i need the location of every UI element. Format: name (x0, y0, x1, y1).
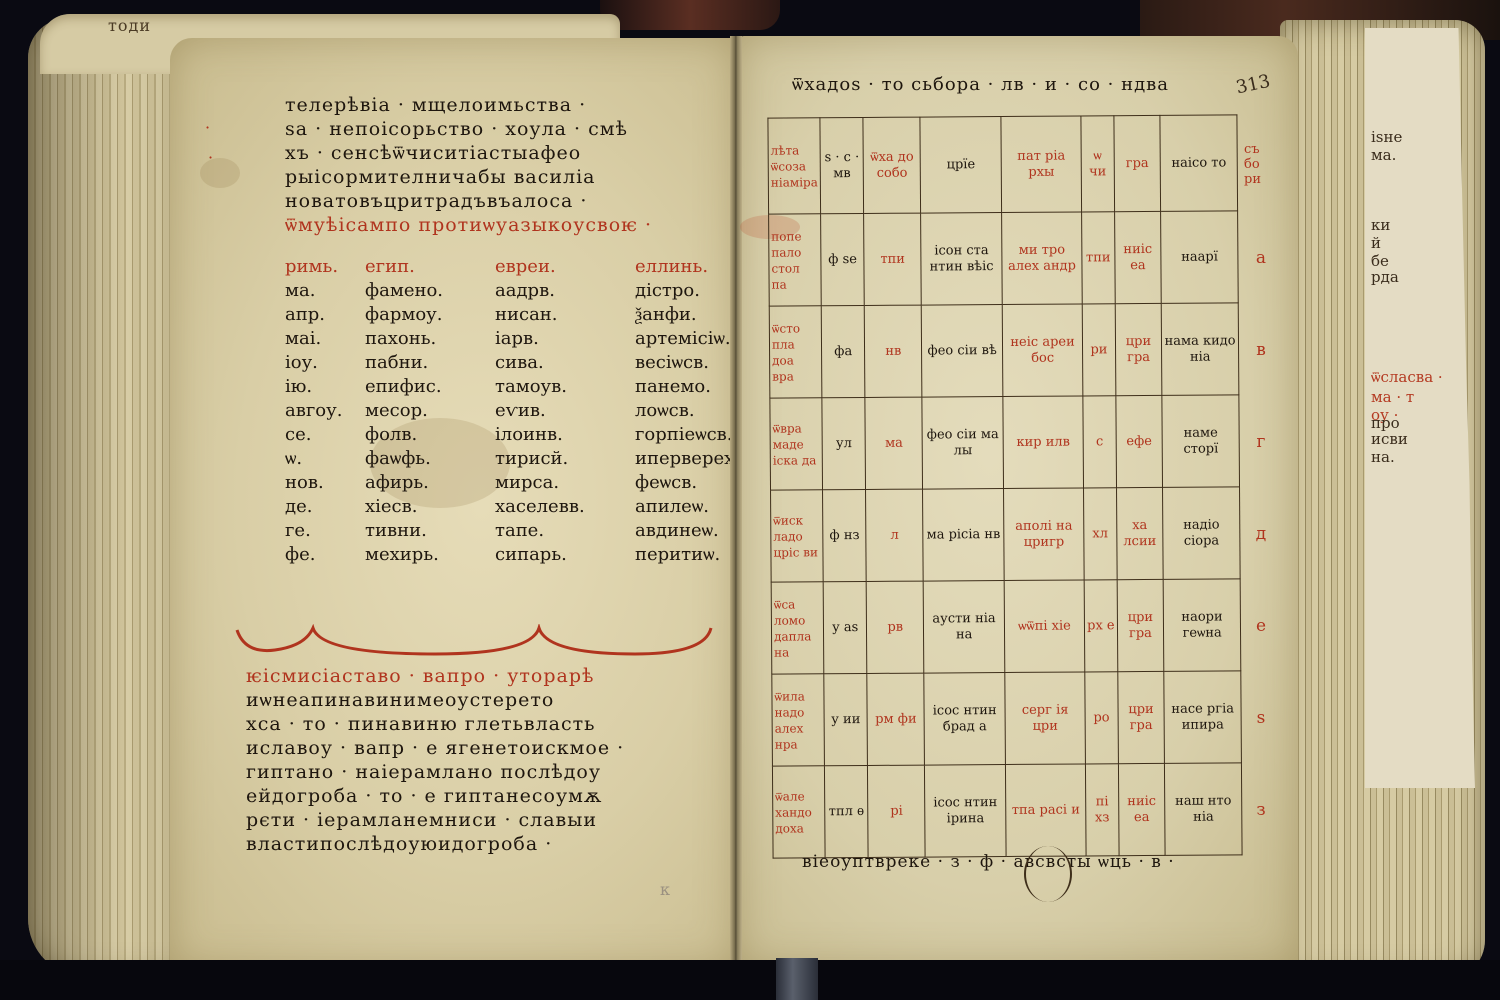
row-label: лѣта ѿсоза ніаміра (768, 118, 821, 214)
text-line: хъ · сенсѣѿчиситіастыафео (285, 141, 652, 165)
text-line-rubric: ѥісмисіаставо · вапро · уторарѣ (246, 664, 624, 688)
cell: неіс ареи бос (1002, 304, 1083, 397)
cell: іоу. (285, 352, 365, 376)
table-row: ѿале хандо доха тпл ѳ рі ісос нтин ірина… (772, 763, 1242, 858)
header-hebrew: евреи. (495, 256, 635, 280)
cell: нама кидо ніа (1161, 303, 1238, 396)
cell: апр. (285, 304, 365, 328)
cell: наме сторї (1162, 395, 1239, 488)
cell: фамено. (365, 280, 495, 304)
cell: тивни. (365, 520, 495, 544)
text-line: властипослѣдоуюидогроба · (246, 832, 624, 856)
cell: маі. (285, 328, 365, 352)
text-line: рыісормителничабы василіа (285, 165, 652, 189)
cell: фаѡфь. (365, 448, 495, 472)
table-row: лѣта ѿсоза ніаміра ѕ · с · мв ѿха до соб… (768, 115, 1238, 214)
table-title: ѿхадоѕ · то сьбора · лв · и · со · ндва (792, 74, 1169, 95)
cell: ію. (285, 376, 365, 400)
row-label: попе пало стол па (769, 214, 822, 306)
cell: у ии (824, 673, 868, 765)
cell: рх е (1084, 580, 1117, 672)
cell: ѡ. (285, 448, 365, 472)
cell: црїе (920, 117, 1001, 214)
left-intro-text: телерѣвіа · мщелоимьства · ѕа · непоісор… (285, 93, 652, 237)
cell: ро (1085, 672, 1118, 764)
cell: аполі на цригр (1004, 488, 1085, 581)
cell: тпи (864, 213, 921, 305)
cell: фармоу. (365, 304, 495, 328)
cell: ісон ста нтин вѣіс (921, 213, 1002, 306)
cell: хіесв. (365, 496, 495, 520)
row-label: ѿиск ладо цріс ви (771, 490, 824, 582)
text-line: новатовъцритрадъвъалоса · (285, 189, 652, 213)
leaf-fragment: ма · т (1371, 388, 1414, 406)
cell: насе ргіа ипира (1164, 671, 1241, 764)
cell: надіо сіора (1163, 487, 1240, 580)
cell: с (1083, 396, 1116, 488)
council-number-margin: съ бо ри а в г д е ѕ з (1244, 116, 1278, 856)
row-mark: д (1244, 488, 1278, 580)
row-mark: е (1244, 580, 1278, 672)
text-line: гиптано · наіерамлано послѣдоу (246, 760, 624, 784)
cell: нисан. (495, 304, 635, 328)
margin-red-mark: · (205, 118, 210, 137)
cell: ф нз (823, 489, 867, 581)
calendar-header: римь. егип. евреи. еллинь. (285, 256, 795, 280)
cell: тапе. (495, 520, 635, 544)
row-label: ѿале хандо доха (772, 766, 825, 858)
footer-ornament (1024, 846, 1072, 902)
cell: тпл ѳ (824, 765, 868, 857)
cell: цри гра (1115, 303, 1162, 395)
cell: серг ія цри (1005, 672, 1086, 765)
cell: іарв. (495, 328, 635, 352)
cell: авгоу. (285, 400, 365, 424)
leaf-fragment: ѿсласва · (1371, 368, 1443, 387)
cell: тпи (1082, 212, 1115, 304)
red-arcade-ornament (235, 624, 715, 660)
cell: рм фи (867, 673, 924, 765)
cell: пі хз (1086, 764, 1119, 856)
cell: сипарь. (495, 544, 635, 568)
cell: рв (867, 581, 924, 673)
cell: еѵив. (495, 400, 635, 424)
month-concordance-table: римь. егип. евреи. еллинь. ма.фамено.аад… (285, 256, 795, 568)
row-label: ѿвра маде іска да (770, 398, 823, 490)
table-row: ѿила надо алех нра у ии рм фи ісос нтин … (772, 671, 1242, 766)
cell: афирь. (365, 472, 495, 496)
leaf-fragment: й (1371, 234, 1381, 252)
cell: тирисй. (495, 448, 635, 472)
calendar-row: фе.мехирь.сипарь.перитиѡ. (285, 544, 795, 568)
text-line: ейдогроба · то · е гиптанесоумѫ (246, 784, 624, 808)
cell: пахонь. (365, 328, 495, 352)
table-row: попе пало стол па ф ѕе тпи ісон ста нтин… (769, 211, 1239, 306)
row-mark: г (1244, 396, 1278, 488)
cell: фолв. (365, 424, 495, 448)
cell: наш нто ніа (1165, 763, 1242, 856)
cell: фео сіи ма лы (922, 397, 1003, 490)
book-support-post (776, 958, 818, 1000)
cell: ма (865, 397, 922, 489)
cell: пат ріа рхы (1001, 116, 1082, 213)
table-row: ѿса ломо дапла на у аѕ рв аусти ніа на ѡ… (771, 579, 1241, 674)
cell: ма рісіа нв (923, 489, 1004, 582)
leaf-fragment: іѕне (1371, 128, 1402, 146)
text-line: телерѣвіа · мщелоимьства · (285, 93, 652, 117)
cell: гра (1114, 115, 1161, 211)
cell: тамоув. (495, 376, 635, 400)
cell: ѡ чи (1081, 116, 1114, 212)
catchword: к (660, 880, 670, 899)
cell: пабни. (365, 352, 495, 376)
row-mark: з (1244, 764, 1278, 856)
left-body-text: ѥісмисіаставо · вапро · уторарѣ иѡнеапин… (246, 664, 624, 856)
cell: ѕ · с · мв (820, 117, 864, 213)
cell: ниіс еа (1118, 763, 1165, 855)
calendar-row: авгоу.месор.еѵив.лоѡсв. (285, 400, 795, 424)
cell: ѡѿпі хіе (1004, 580, 1085, 673)
leaf-fragment: ки (1371, 216, 1390, 234)
calendar-row: ма.фамено.аадрв.дістро. (285, 280, 795, 304)
leaf-fragment: рда (1371, 268, 1399, 286)
cell: фе. (285, 544, 365, 568)
cell: тпа расі и (1005, 764, 1086, 857)
cell: фео сіи вѣ (921, 305, 1002, 398)
header-roman: римь. (285, 256, 365, 280)
table-row: ѿсто пла доа вра фа нв фео сіи вѣ неіс а… (769, 303, 1239, 398)
calendar-row: іоу.пабни.сива.весіѡсв. (285, 352, 795, 376)
underlying-page-text: тоди (108, 16, 151, 35)
text-line: ѕа · непоісорьство · хоула · смѣ (285, 117, 652, 141)
cell: нв (865, 305, 922, 397)
manuscript-photo: тоди іѕне ма. ки й бе рда ѿсласва · ма ·… (0, 0, 1500, 1000)
text-line: хса · то · пинавиню глетьвласть (246, 712, 624, 736)
cell: мирса. (495, 472, 635, 496)
cell: цри гра (1117, 671, 1164, 763)
cell: у аѕ (823, 581, 867, 673)
row-label: ѿила надо алех нра (772, 674, 825, 766)
leaf-fragment: исви (1371, 430, 1408, 448)
cell: кир илв (1003, 396, 1084, 489)
cell: ми тро алех андр (1002, 212, 1083, 305)
binding-spine-top (600, 0, 780, 30)
calendar-row: апр.фармоу.нисан.ѯанфи. (285, 304, 795, 328)
text-line-rubric: ѿмуѣісампо протиѡуазыкоусвоѥ · (285, 213, 652, 237)
header-egyptian: егип. (365, 256, 495, 280)
row-mark: съ бо ри (1244, 116, 1278, 212)
cell: ісос нтин брад а (924, 673, 1005, 766)
cell: епифис. (365, 376, 495, 400)
row-label: ѿсто пла доа вра (769, 306, 822, 398)
cell: наісо то (1160, 115, 1237, 212)
calendar-row: де.хіесв.хаселевв.апилеѡ. (285, 496, 795, 520)
chronology-table: лѣта ѿсоза ніаміра ѕ · с · мв ѿха до соб… (767, 114, 1242, 858)
loose-right-leaf: іѕне ма. ки й бе рда ѿсласва · ма · т оу… (1365, 28, 1475, 788)
cell: ул (822, 397, 866, 489)
cell: сива. (495, 352, 635, 376)
margin-red-mark: · (208, 148, 213, 167)
cell: наори геѡна (1163, 579, 1240, 672)
book-gutter (730, 36, 742, 968)
text-line: иѡнеапинавинимеоустерето (246, 688, 624, 712)
calendar-row: ге.тивни.тапе.авдинеѡ. (285, 520, 795, 544)
cell: де. (285, 496, 365, 520)
cell: ѿха до собо (863, 117, 920, 213)
cell: аадрв. (495, 280, 635, 304)
dark-background-bottom (0, 960, 1500, 1000)
text-line: рєти · іерамланемниси · славыи (246, 808, 624, 832)
cell: цри гра (1117, 579, 1164, 671)
cell: ге. (285, 520, 365, 544)
leaf-fragment: ма. (1371, 146, 1396, 164)
cell: ф ѕе (821, 213, 865, 305)
calendar-row: ѡ.фаѡфь.тирисй.иперверехь. (285, 448, 795, 472)
cell: ри (1082, 304, 1115, 396)
table-footer-text: віеоуптвреке · з · ф · авсвсты ѡць · в · (802, 852, 1175, 872)
cell: хл (1084, 488, 1117, 580)
cell: мехирь. (365, 544, 495, 568)
cell: ілоинв. (495, 424, 635, 448)
cell: ниіс еа (1114, 211, 1161, 303)
row-mark: ѕ (1244, 672, 1278, 764)
calendar-row: се.фолв.ілоинв.горпіеѡсв. (285, 424, 795, 448)
cell: ха лсии (1116, 487, 1163, 579)
cell: ма. (285, 280, 365, 304)
calendar-row: маі.пахонь.іарв.артемісіѡ. (285, 328, 795, 352)
row-mark: а (1244, 212, 1278, 304)
calendar-row: нов.афирь.мирса.феѡсв. (285, 472, 795, 496)
cell: хаселевв. (495, 496, 635, 520)
calendar-row: ію.епифис.тамоув.панемо. (285, 376, 795, 400)
cell: аусти ніа на (923, 581, 1004, 674)
cell: ісос нтин ірина (925, 765, 1006, 858)
leaf-fragment: на. (1371, 448, 1395, 466)
cell: рі (868, 765, 925, 857)
cell: месор. (365, 400, 495, 424)
cell: наарї (1161, 211, 1238, 304)
cell: л (866, 489, 923, 581)
row-mark: в (1244, 304, 1278, 396)
cell: ефе (1116, 395, 1163, 487)
stain (200, 158, 240, 188)
text-line: иславоу · вапр · е ягенетоискмое · (246, 736, 624, 760)
cell: фа (821, 305, 865, 397)
cell: се. (285, 424, 365, 448)
cell: нов. (285, 472, 365, 496)
table-row: ѿиск ладо цріс ви ф нз л ма рісіа нв апо… (771, 487, 1241, 582)
row-label: ѿса ломо дапла на (771, 582, 824, 674)
table-row: ѿвра маде іска да ул ма фео сіи ма лы ки… (770, 395, 1240, 490)
